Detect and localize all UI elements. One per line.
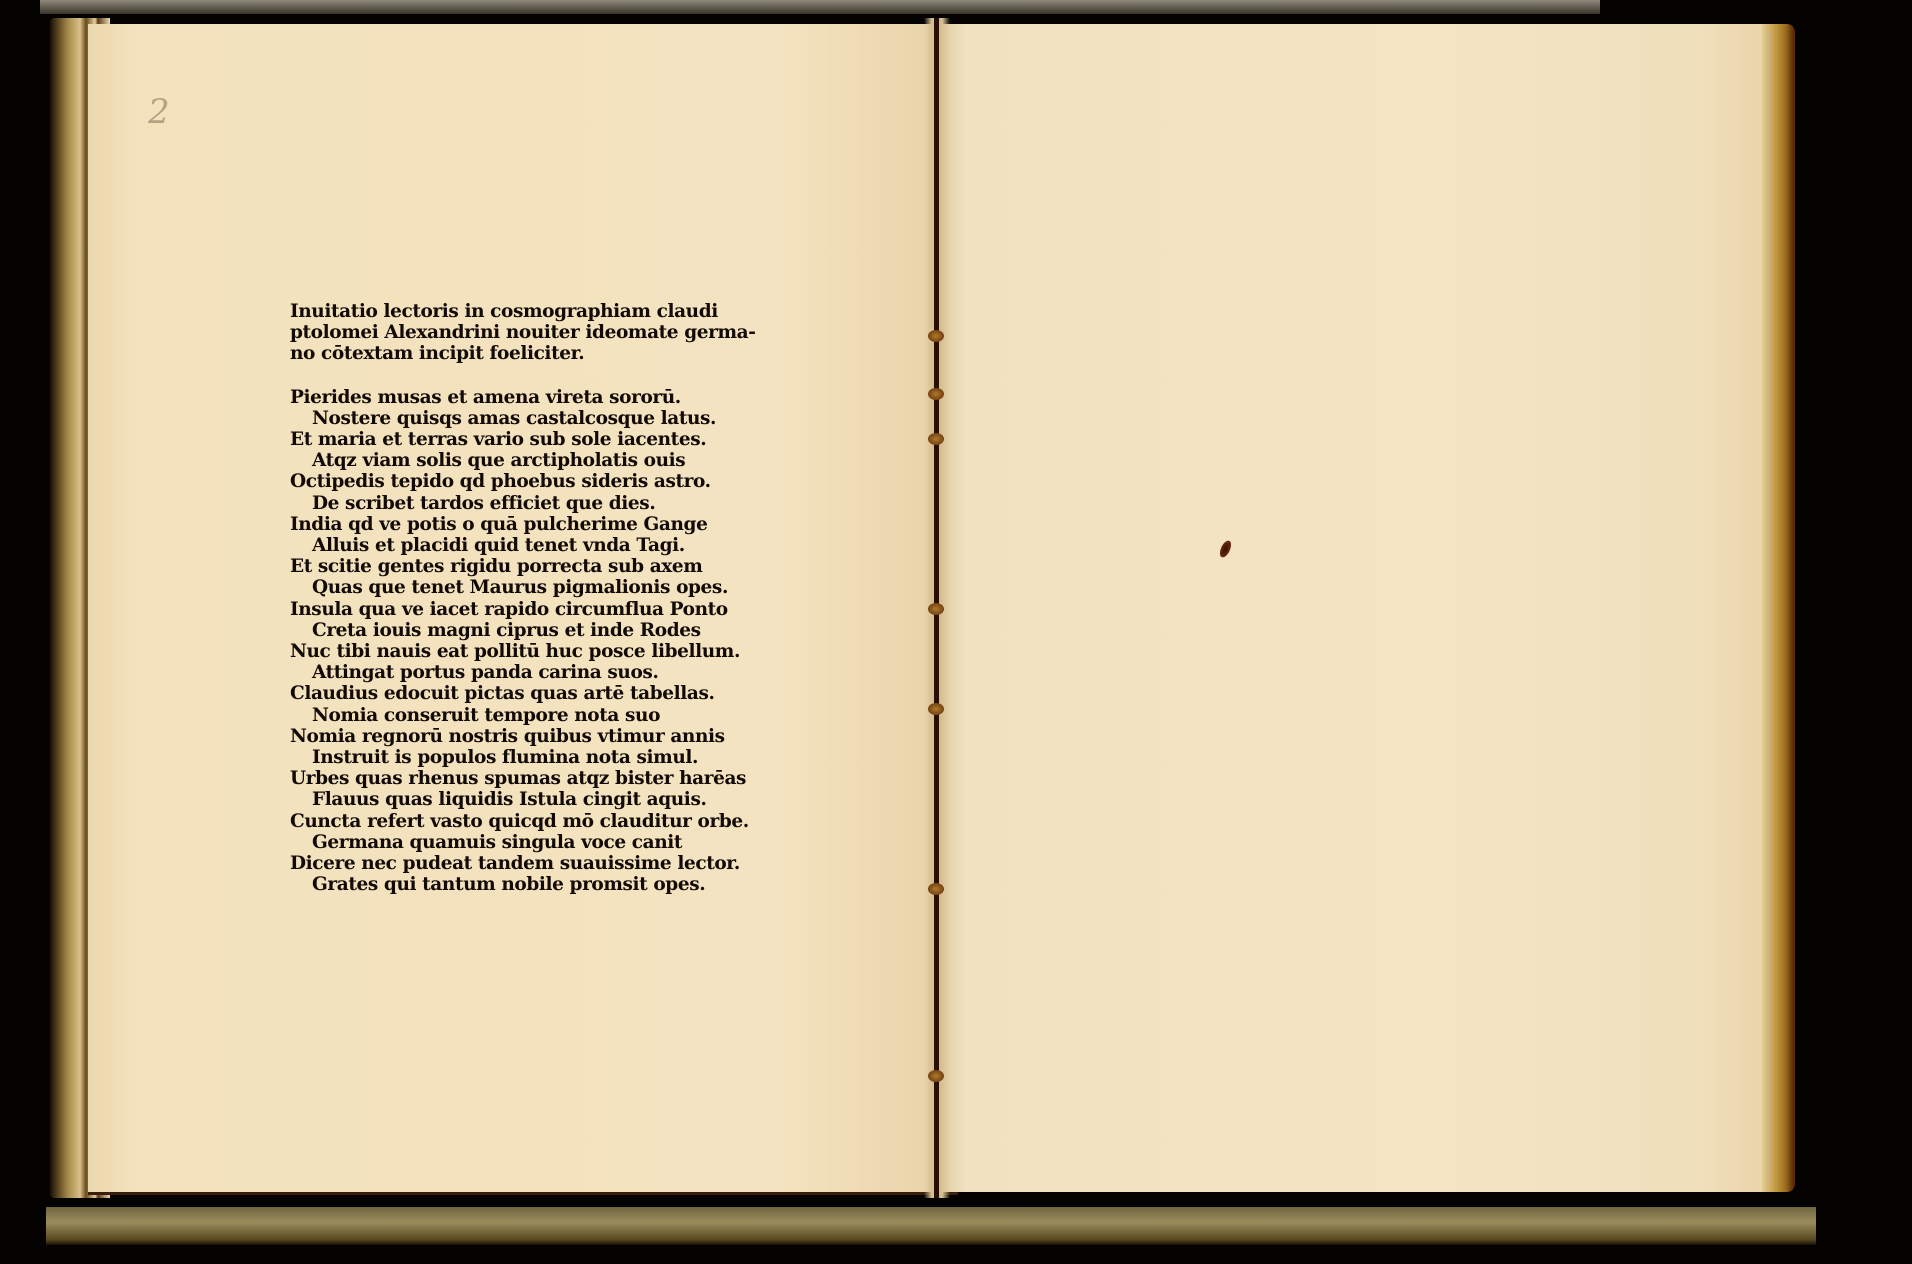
stitch-knot [928, 883, 944, 895]
right-page [932, 24, 1770, 1192]
verse-line: Et scitie gentes rigidu porrecta sub axe… [290, 556, 750, 577]
verse-line: Quas que tenet Maurus pigmalionis opes. [290, 577, 750, 598]
poem-verses: Pierides musas et amena vireta sororū.No… [290, 387, 750, 896]
folio-number: 2 [148, 92, 170, 132]
scanner-top-edge [40, 0, 1600, 14]
stitch-knot [928, 433, 944, 445]
verse-line: Claudius edocuit pictas quas artē tabell… [290, 683, 750, 704]
stitch-knot [928, 603, 944, 615]
verse-line: Pierides musas et amena vireta sororū. [290, 387, 750, 408]
verse-line: Octipedis tepido qd phoebus sideris astr… [290, 471, 750, 492]
stitch-knot [928, 388, 944, 400]
verse-line: Insula qua ve iacet rapido circumflua Po… [290, 599, 750, 620]
verse-line: Flauus quas liquidis Istula cingit aquis… [290, 789, 750, 810]
verse-line: Creta iouis magni ciprus et inde Rodes [290, 620, 750, 641]
heading-line: Inuitatio lectoris in cosmographiam clau… [290, 301, 750, 322]
verse-line: De scribet tardos efficiet que dies. [290, 493, 750, 514]
verse-line: Grates qui tantum nobile promsit opes. [290, 874, 750, 895]
verse-line: Alluis et placidi quid tenet vnda Tagi. [290, 535, 750, 556]
stitch-knot [928, 330, 944, 342]
verse-line: Et maria et terras vario sub sole iacent… [290, 429, 750, 450]
verse-line: Dicere nec pudeat tandem suauissime lect… [290, 853, 750, 874]
verse-line: Nuc tibi nauis eat pollitū huc posce lib… [290, 641, 750, 662]
right-page-edges [1762, 24, 1795, 1192]
verse-line: India qd ve potis o quā pulcherime Gange [290, 514, 750, 535]
heading-line: ptolomei Alexandrini nouiter ideomate ge… [290, 322, 750, 343]
verse-line: Atqz viam solis que arctipholatis ouis [290, 450, 750, 471]
right-page-border-line [1768, 32, 1769, 1182]
verse-line: Germana quamuis singula voce canit [290, 832, 750, 853]
book-spine [916, 18, 958, 1198]
scanner-bottom-edge [46, 1207, 1816, 1245]
verse-line: Attingat portus panda carina suos. [290, 662, 750, 683]
heading-line: no cōtextam incipit foeliciter. [290, 343, 750, 364]
verse-line: Instruit is populos flumina nota simul. [290, 747, 750, 768]
stitch-knot [928, 703, 944, 715]
verse-line: Cuncta refert vasto quicqd mō clauditur … [290, 811, 750, 832]
incipit-heading: Inuitatio lectoris in cosmographiam clau… [290, 301, 750, 365]
verse-line: Urbes quas rhenus spumas atqz bister har… [290, 768, 750, 789]
verse-line: Nostere quisqs amas castalcosque latus. [290, 408, 750, 429]
stitch-knot [928, 1070, 944, 1082]
verse-line: Nomia conseruit tempore nota suo [290, 705, 750, 726]
verse-line: Nomia regnorū nostris quibus vtimur anni… [290, 726, 750, 747]
printed-text-block: Inuitatio lectoris in cosmographiam clau… [290, 301, 750, 895]
